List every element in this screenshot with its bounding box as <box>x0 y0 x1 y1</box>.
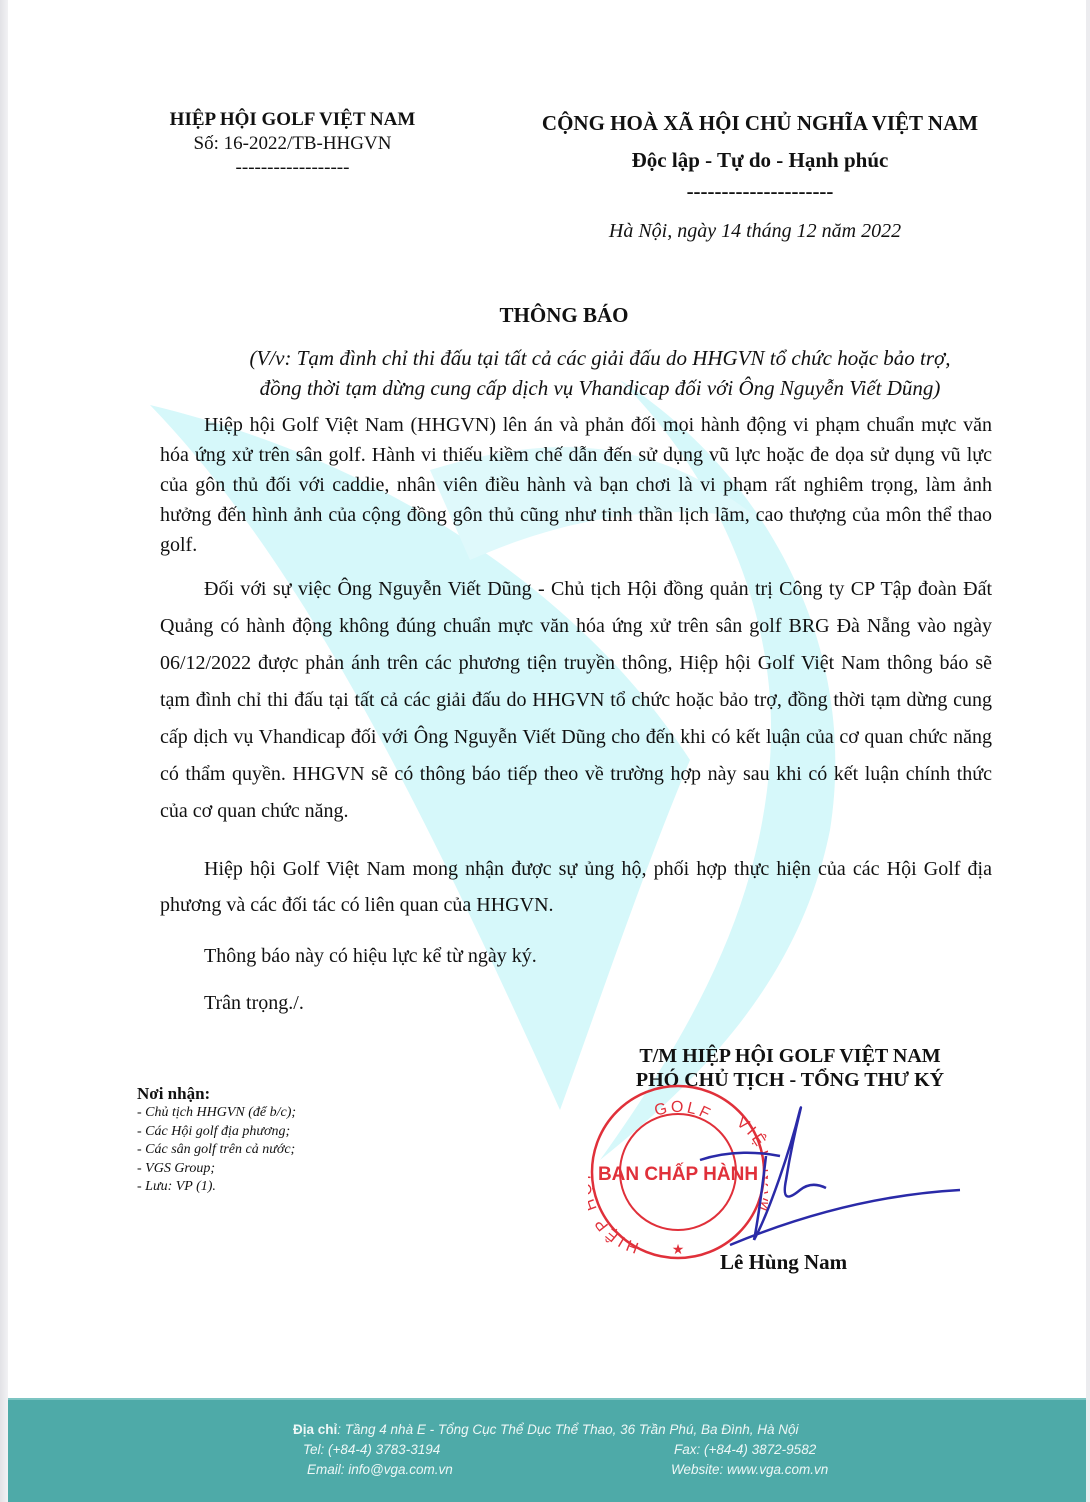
on-behalf-label: T/M HIỆP HỘI GOLF VIỆT NAM <box>580 1044 1000 1068</box>
effective-statement: Thông báo này có hiệu lực kể từ ngày ký. <box>204 945 1036 967</box>
national-header-block: CỘNG HOÀ XÃ HỘI CHỦ NGHĨA VIỆT NAM Độc l… <box>520 108 1000 200</box>
footer-fax: Fax: (+84-4) 3872-9582 <box>674 1442 816 1457</box>
closing-regards: Trân trọng./. <box>204 992 1036 1014</box>
subject-line-1: (V/v: Tạm đình chỉ thi đấu tại tất cả cá… <box>190 343 1010 373</box>
document-number: Số: 16-2022/TB-HHGVN <box>130 132 455 156</box>
recipient-item: - Chủ tịch HHGVN (để b/c); <box>137 1104 377 1123</box>
footer-tel: Tel: (+84-4) 3783-3194 <box>303 1442 440 1457</box>
page-edge-right <box>1086 0 1090 1502</box>
body-paragraph: Hiệp hội Golf Việt Nam (HHGVN) lên án và… <box>160 410 992 560</box>
document-subject: (V/v: Tạm đình chỉ thi đấu tại tất cả cá… <box>190 343 1010 403</box>
address-label: Địa chỉ <box>293 1422 337 1437</box>
document-title: THÔNG BÁO <box>0 303 1090 328</box>
recipient-item: - Các sân golf trên cả nước; <box>137 1141 377 1160</box>
body-paragraph: Hiệp hội Golf Việt Nam mong nhận được sự… <box>160 851 992 923</box>
issuing-organization-block: HIỆP HỘI GOLF VIỆT NAM Số: 16-2022/TB-HH… <box>130 108 455 180</box>
recipient-item: - Lưu: VP (1). <box>137 1178 377 1197</box>
place-date: Hà Nội, ngày 14 tháng 12 năm 2022 <box>520 220 990 243</box>
footer-email[interactable]: Email: info@vga.com.vn <box>307 1462 453 1477</box>
recipients-block: Nơi nhận: - Chủ tịch HHGVN (để b/c); - C… <box>137 1084 377 1197</box>
nation-divider: --------------------- <box>520 182 1000 200</box>
recipients-heading: Nơi nhận: <box>137 1084 377 1104</box>
national-motto: Độc lập - Tự do - Hạnh phúc <box>520 138 1000 182</box>
letterhead-footer: Địa chỉ: Tầng 4 nhà E - Tổng Cục Thể Dục… <box>8 1398 1086 1502</box>
signer-name: Lê Hùng Nam <box>720 1250 847 1275</box>
footer-address: Địa chỉ: Tầng 4 nhà E - Tổng Cục Thể Dục… <box>293 1422 799 1437</box>
footer-website[interactable]: Website: www.vga.com.vn <box>671 1462 828 1477</box>
org-name: HIỆP HỘI GOLF VIỆT NAM <box>130 108 455 132</box>
address-value: : Tầng 4 nhà E - Tổng Cục Thể Dục Thể Th… <box>337 1422 798 1437</box>
handwritten-signature-icon <box>670 1090 970 1250</box>
org-divider: ------------------ <box>130 156 455 180</box>
nation-name: CỘNG HOÀ XÃ HỘI CHỦ NGHĨA VIỆT NAM <box>520 108 1000 138</box>
body-paragraph: Đối với sự việc Ông Nguyễn Viết Dũng - C… <box>160 571 992 830</box>
recipient-item: - VGS Group; <box>137 1160 377 1179</box>
subject-line-2: đồng thời tạm dừng cung cấp dịch vụ Vhan… <box>190 373 1010 403</box>
recipient-item: - Các Hội golf địa phương; <box>137 1123 377 1142</box>
page-edge-shadow <box>0 0 8 1502</box>
